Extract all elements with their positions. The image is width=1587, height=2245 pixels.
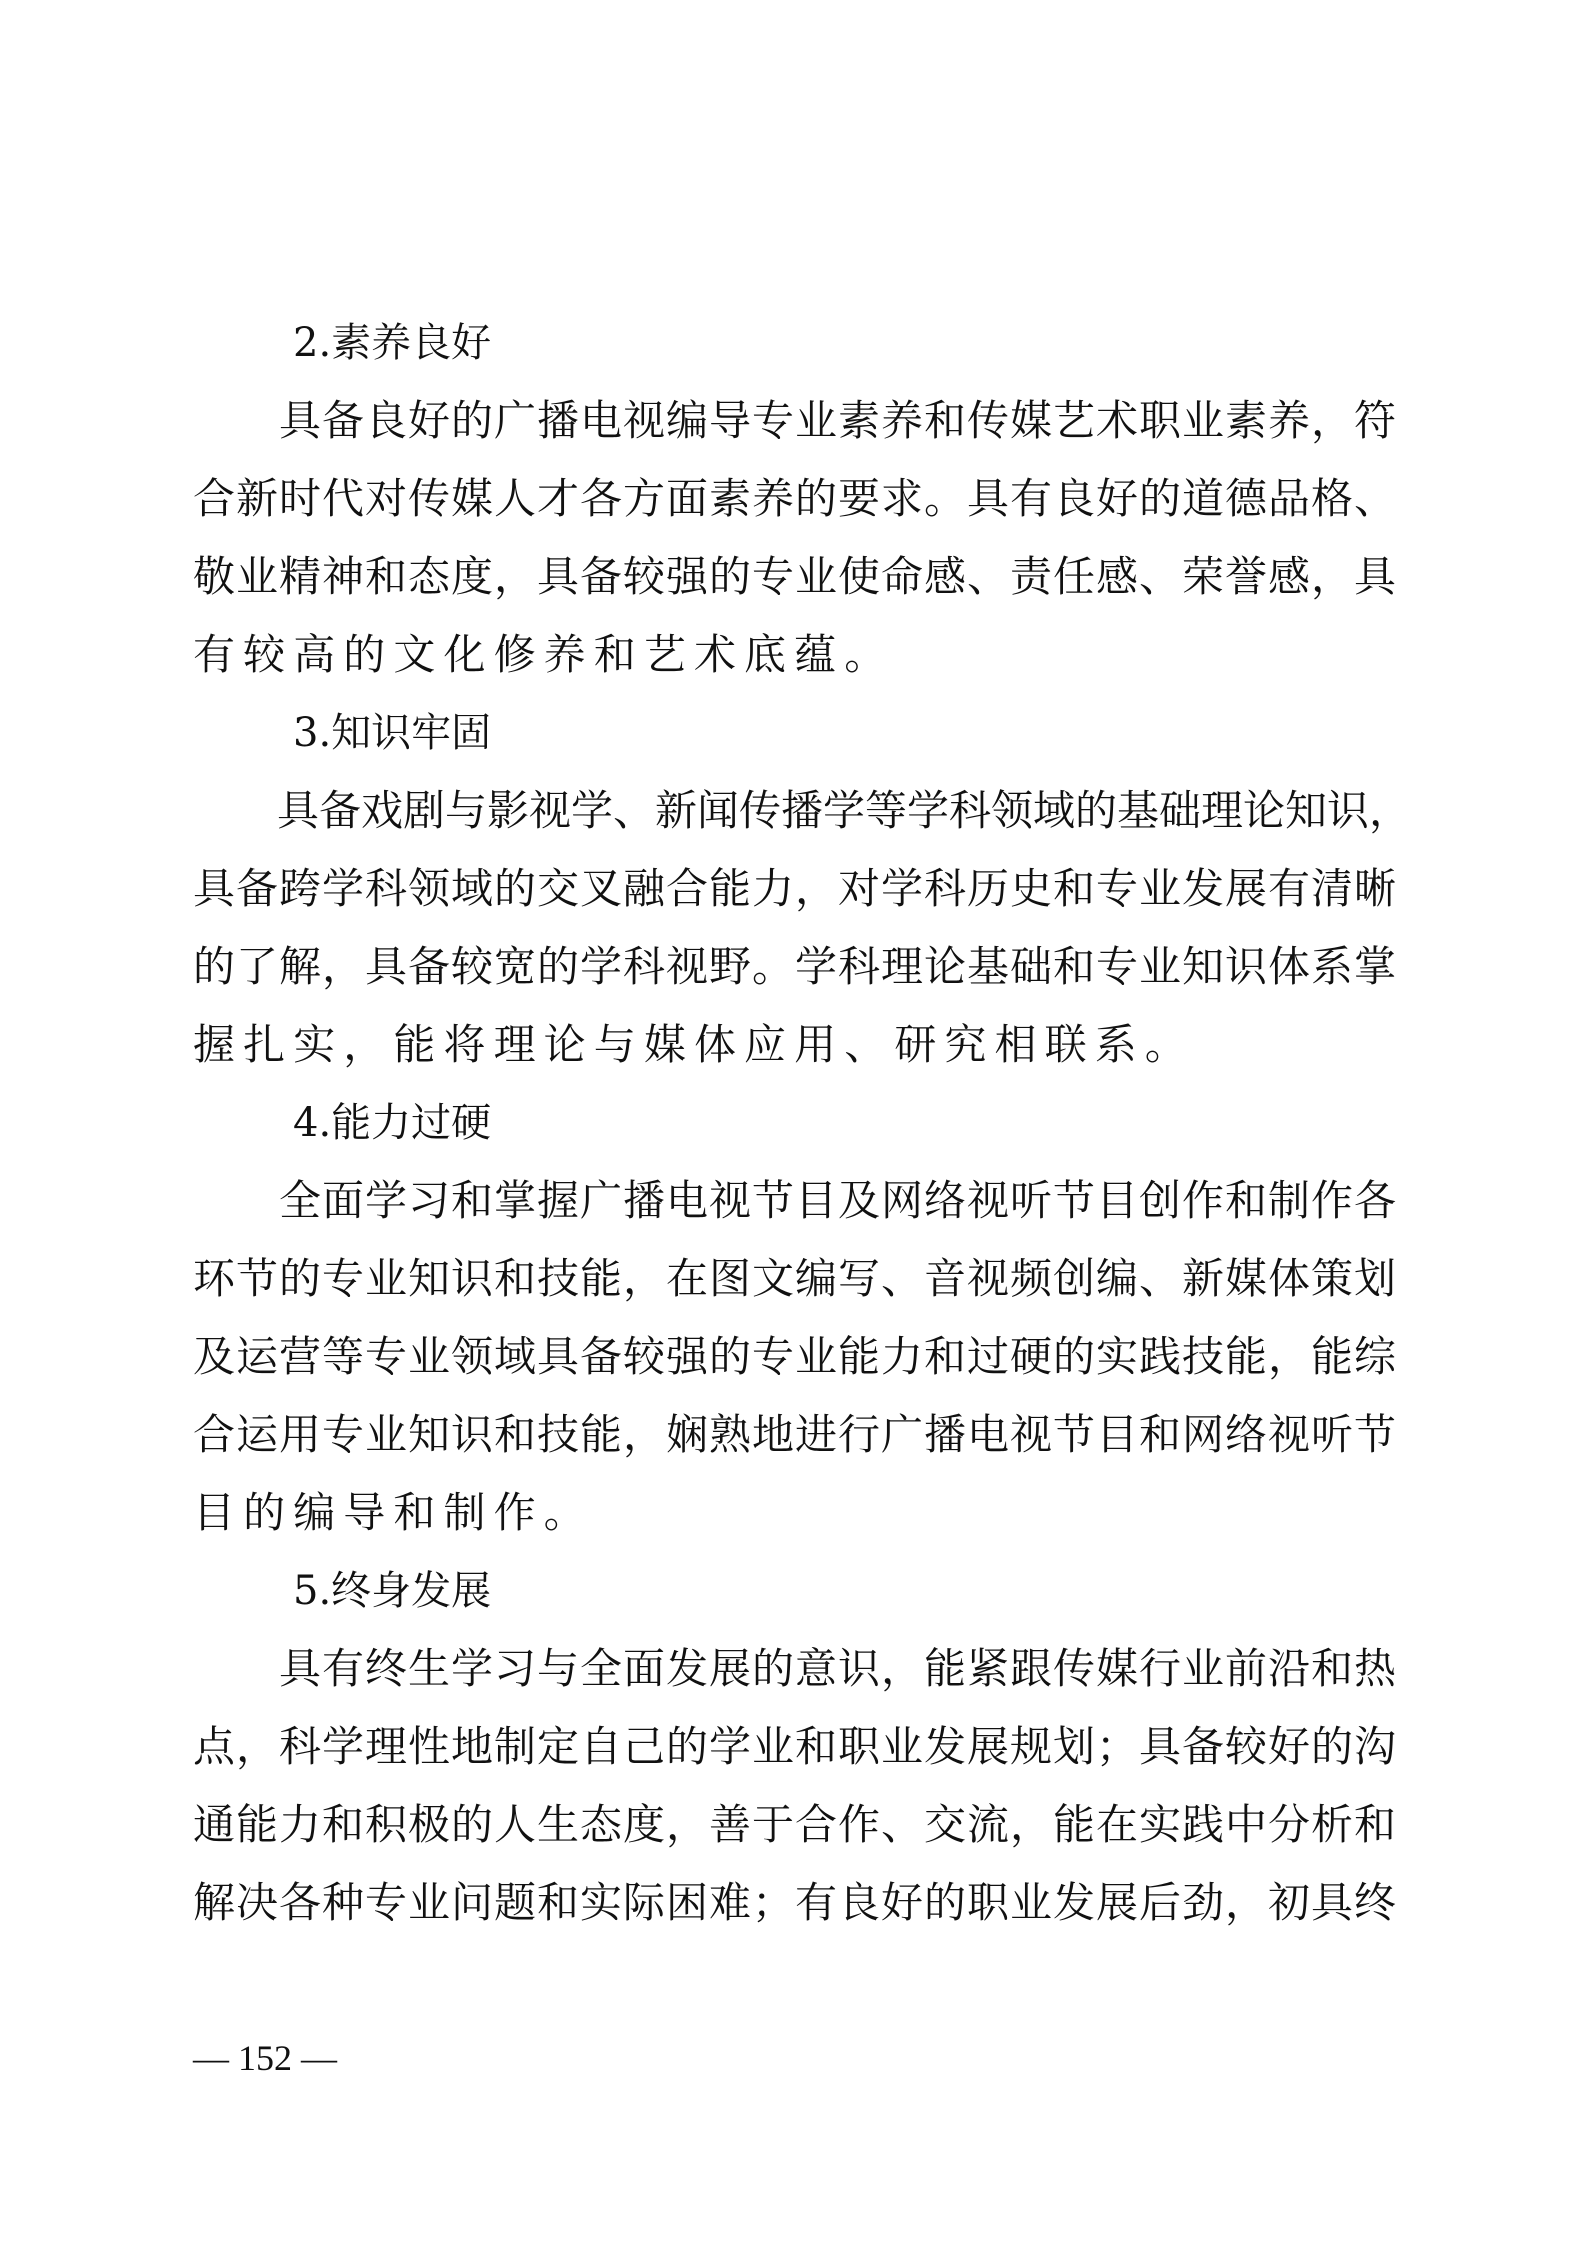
- paragraph-line: 具备跨学科领域的交叉融合能力，对学科历史和专业发展有清晰: [193, 850, 1396, 928]
- paragraph-line: 敬业精神和态度，具备较强的专业使命感、责任感、荣誉感，具: [193, 538, 1396, 616]
- section-2: 2.素养良好 具备良好的广播电视编导专业素养和传媒艺术职业素养，符 合新时代对传…: [193, 304, 1396, 694]
- paragraph-line: 全面学习和掌握广播电视节目及网络视听节目创作和制作各: [193, 1162, 1396, 1240]
- section-heading: 3.知识牢固: [193, 694, 1396, 772]
- paragraph-line: 及运营等专业领域具备较强的专业能力和过硬的实践技能，能综: [193, 1318, 1396, 1396]
- paragraph-line: 合运用专业知识和技能，娴熟地进行广播电视节目和网络视听节: [193, 1396, 1396, 1474]
- section-3: 3.知识牢固 具备戏剧与影视学、新闻传播学等学科领域的基础理论知识， 具备跨学科…: [193, 694, 1396, 1084]
- paragraph-line: 合新时代对传媒人才各方面素养的要求。具有良好的道德品格、: [193, 460, 1396, 538]
- paragraph-line: 目的编导和制作。: [193, 1474, 1396, 1552]
- paragraph-line: 具有终生学习与全面发展的意识，能紧跟传媒行业前沿和热: [193, 1630, 1396, 1708]
- paragraph-line: 具备戏剧与影视学、新闻传播学等学科领域的基础理论知识，: [193, 772, 1396, 850]
- paragraph-line: 点，科学理性地制定自己的学业和职业发展规划；具备较好的沟: [193, 1708, 1396, 1786]
- paragraph-line: 具备良好的广播电视编导专业素养和传媒艺术职业素养，符: [193, 382, 1396, 460]
- paragraph-line: 握扎实，能将理论与媒体应用、研究相联系。: [193, 1006, 1396, 1084]
- document-body: 2.素养良好 具备良好的广播电视编导专业素养和传媒艺术职业素养，符 合新时代对传…: [193, 304, 1396, 1942]
- paragraph-line: 的了解，具备较宽的学科视野。学科理论基础和专业知识体系掌: [193, 928, 1396, 1006]
- paragraph-line: 解决各种专业问题和实际困难；有良好的职业发展后劲，初具终: [193, 1864, 1396, 1942]
- section-4: 4.能力过硬 全面学习和掌握广播电视节目及网络视听节目创作和制作各 环节的专业知…: [193, 1084, 1396, 1552]
- paragraph-line: 通能力和积极的人生态度，善于合作、交流，能在实践中分析和: [193, 1786, 1396, 1864]
- page-number: — 152 —: [193, 2033, 337, 2083]
- paragraph-line: 有较高的文化修养和艺术底蕴。: [193, 616, 1396, 694]
- section-heading: 2.素养良好: [193, 304, 1396, 382]
- section-heading: 4.能力过硬: [193, 1084, 1396, 1162]
- paragraph-line: 环节的专业知识和技能，在图文编写、音视频创编、新媒体策划: [193, 1240, 1396, 1318]
- section-5: 5.终身发展 具有终生学习与全面发展的意识，能紧跟传媒行业前沿和热 点，科学理性…: [193, 1552, 1396, 1942]
- section-heading: 5.终身发展: [193, 1552, 1396, 1630]
